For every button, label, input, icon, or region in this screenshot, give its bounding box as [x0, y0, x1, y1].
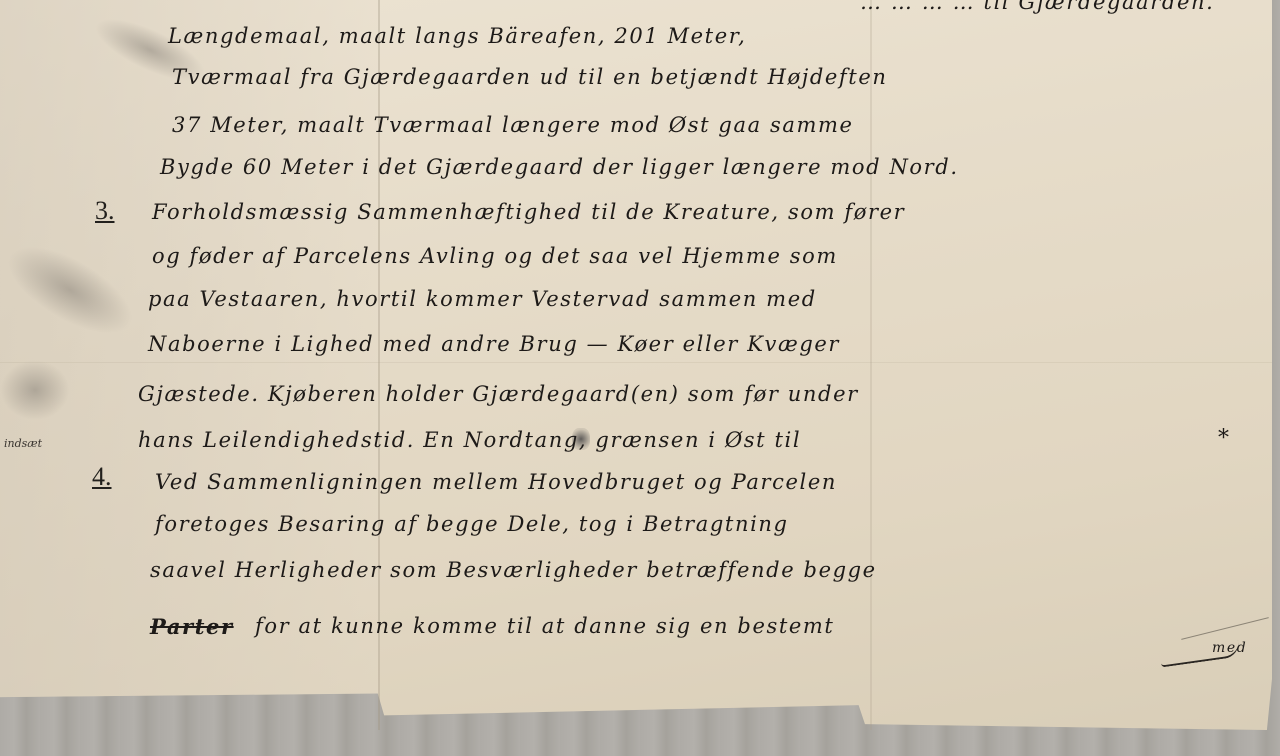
- text-line: 37 Meter, maalt Tværmaal længere mod Øst…: [172, 113, 854, 137]
- insertion-mark: *: [1218, 426, 1229, 451]
- text-line: … … … … til Gjærdegaarden.: [860, 0, 1214, 14]
- manuscript-text: … … … … til Gjærdegaarden. Længdemaal, m…: [0, 0, 1272, 730]
- section-number-4: 4.: [92, 462, 112, 492]
- text-line: paa Vestaaren, hvortil kommer Vestervad …: [148, 287, 817, 311]
- margin-note: indsæt: [4, 437, 42, 450]
- closing-mark: med: [1212, 640, 1247, 656]
- text-line: Gjæstede. Kjøberen holder Gjærdegaard(en…: [138, 382, 859, 406]
- text-line: og føder af Parcelens Avling og det saa …: [152, 244, 838, 268]
- text-line: foretoges Besaring af begge Dele, tog i …: [155, 512, 789, 536]
- text-line: Bygde 60 Meter i det Gjærdegaard der lig…: [160, 155, 959, 179]
- struck-word: Parter: [150, 614, 234, 639]
- section-number-3: 3.: [95, 196, 115, 226]
- text-line: Længdemaal, maalt langs Bäreafen, 201 Me…: [168, 24, 746, 48]
- text-line: Ved Sammenligningen mellem Hovedbruget o…: [155, 470, 837, 494]
- text-line: Forholdsmæssig Sammenhæftighed til de Kr…: [152, 200, 905, 224]
- text-line: saavel Herligheder som Besværligheder be…: [150, 558, 877, 582]
- text-line: hans Leilendighedstid. En Nordtang, græn…: [138, 428, 801, 452]
- text-line: Tværmaal fra Gjærdegaarden ud til en bet…: [172, 65, 888, 89]
- text-line: for at kunne komme til at danne sig en b…: [255, 614, 834, 638]
- text-line: Naboerne i Lighed med andre Brug — Køer …: [148, 332, 840, 356]
- pencil-line: [1181, 617, 1269, 640]
